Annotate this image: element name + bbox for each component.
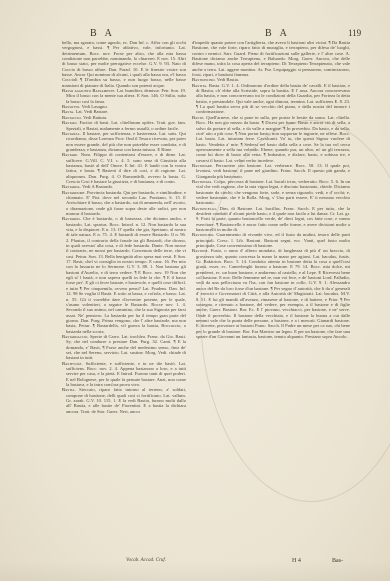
entry-definition: Fusto, o ramo d' albero mondato, di lung… bbox=[196, 248, 350, 339]
entry-headword: Bastoncino. bbox=[192, 232, 215, 237]
entry-headword: Bastonare. bbox=[192, 163, 213, 168]
entry-headword: Bastioncino. bbox=[192, 77, 216, 82]
page-bottom-shadow bbox=[0, 561, 390, 581]
left-column: bello, ma sgarato, come ugnolo, ec. Dan … bbox=[62, 40, 186, 414]
entry-definition: Vedi Bastia. bbox=[217, 77, 239, 82]
page-number: 119 bbox=[348, 28, 361, 38]
dictionary-entry: Bastonata. Colpo, percossa di bastone. L… bbox=[192, 179, 350, 206]
entry-definition: Nom. Filippo di contentarsi d'essere, e … bbox=[66, 152, 186, 184]
dictionary-entry: d'impedir quanto potere con l'artiglieri… bbox=[192, 40, 350, 77]
dictionary-entry: Bastardo. Che è bastardo, o di bassezza,… bbox=[62, 216, 186, 334]
dictionary-entry: bello, ma sgarato, come ugnolo, ec. Dan … bbox=[62, 40, 186, 88]
entry-headword: Bastone. bbox=[192, 248, 209, 253]
entry-headword: Bastaio. bbox=[62, 120, 78, 125]
entry-definition: Facitor di basti. Lat. clitellarum opife… bbox=[66, 120, 186, 130]
entry-headword: Bastardaccio. bbox=[62, 334, 89, 339]
entry-definition: Il bastare, per sufficienza, e basterenz… bbox=[66, 131, 186, 152]
entry-headword: Bastonata. bbox=[192, 179, 213, 184]
entry-headword: Bastita. bbox=[192, 83, 207, 88]
entry-definition: Dim. di Bastone. Lat. bacillus. Franc. S… bbox=[196, 206, 350, 232]
right-column: d'impedir quanto potere con l'artiglieri… bbox=[192, 40, 350, 339]
dictionary-entry: Bastare. Nom. Filippo di contentarsi d'e… bbox=[62, 152, 186, 184]
dictionary-entry: Bastardaccio. Specie di Carro. Lat. troc… bbox=[62, 334, 186, 361]
dictionary-entry: Bastanza. Il bastare, per sufficienza, e… bbox=[62, 131, 186, 152]
left-running-head: B A bbox=[90, 28, 115, 39]
dictionary-entry: Basso aggiunto Bassamente. Lat. humilite… bbox=[62, 88, 186, 104]
dictionary-entry: Bastaio. Facitor di basti. Lat. clitella… bbox=[62, 120, 186, 131]
dictionary-entry: Bastardume. Provincia bastarda. Qui per … bbox=[62, 190, 186, 217]
entry-definition: Vedi Lasagno. bbox=[82, 104, 108, 109]
dictionary-entry: Bastoncino. Guarnimento di vivande vivo,… bbox=[192, 232, 350, 248]
entry-headword: Bastardume. bbox=[62, 190, 86, 195]
entry-definition: Vedi Battuta. bbox=[83, 115, 107, 120]
entry-definition: bello, ma sgarato, come ugnolo, ec. Dan … bbox=[62, 40, 186, 88]
entry-definition: Steccato, riparo fatto intorno al terren… bbox=[66, 387, 186, 413]
entry-definition: Che è bastardo, o di bassezza, che dicia… bbox=[66, 216, 186, 333]
entry-definition: Lat. Vedi Bastare. bbox=[76, 109, 109, 114]
entry-definition: Colpo, percossa di bastone. Lat. baculi … bbox=[196, 179, 350, 205]
entry-definition: Percuotere con bastone. Lat. verberare. … bbox=[196, 163, 350, 179]
dictionary-page: B A B A 119 bello, ma sgarato, come ugno… bbox=[0, 0, 390, 581]
entry-headword: Basto. bbox=[192, 115, 205, 120]
entry-definition: d'impedir quanto potere con l'artiglieri… bbox=[192, 40, 350, 77]
dictionary-entry: Basto. Quell'arnese, che si pone in sull… bbox=[192, 115, 350, 163]
dictionary-entry: Bastita. Basta. G.V. 1. 4. Ordinarono d'… bbox=[192, 83, 350, 115]
entry-headword: Basta. bbox=[62, 109, 74, 114]
entry-headword: Bastardo. bbox=[62, 216, 81, 221]
entry-headword: Bastia. bbox=[62, 387, 76, 392]
entry-definition: Guarnimento di vivande vivo, ed il fusto… bbox=[196, 232, 350, 248]
entry-definition: Basta. G.V. 1. 4. Ordinarono d'ordine de… bbox=[196, 83, 350, 115]
entry-headword: Bastanza. bbox=[62, 131, 81, 136]
entry-headword: Bastare. bbox=[62, 152, 78, 157]
dictionary-entry: Bastoncello. Dim. di Bastone. Lat. bacil… bbox=[192, 206, 350, 233]
entry-headword: Basso aggiunto Bassamente. bbox=[62, 88, 116, 93]
entry-definition: Vedi A Bastardo. bbox=[82, 184, 113, 189]
dictionary-entry: Bastevole. Sufficiente, e sufficiente, e… bbox=[62, 361, 186, 388]
entry-headword: Bastevole. bbox=[62, 361, 83, 366]
dictionary-entry: Bastonare. Percuotere con bastone. Lat. … bbox=[192, 163, 350, 179]
entry-definition: Quell'arnese, che si pone in sulla, per … bbox=[196, 115, 350, 163]
right-running-head: B A bbox=[265, 28, 290, 39]
entry-headword: Bassotto. bbox=[62, 104, 81, 109]
entry-headword: Bastoncello. bbox=[192, 206, 217, 211]
dictionary-entry: Bastia. Steccato, riparo fatto intorno a… bbox=[62, 387, 186, 414]
entry-definition: Sufficiente, e sufficiente, e tu ne die … bbox=[66, 361, 186, 387]
entry-headword: Bastaccio. bbox=[62, 115, 82, 120]
dictionary-entry: Bastone. Fusto, o ramo d' albero mondato… bbox=[192, 248, 350, 339]
entry-headword: Bastarda. bbox=[62, 184, 81, 189]
